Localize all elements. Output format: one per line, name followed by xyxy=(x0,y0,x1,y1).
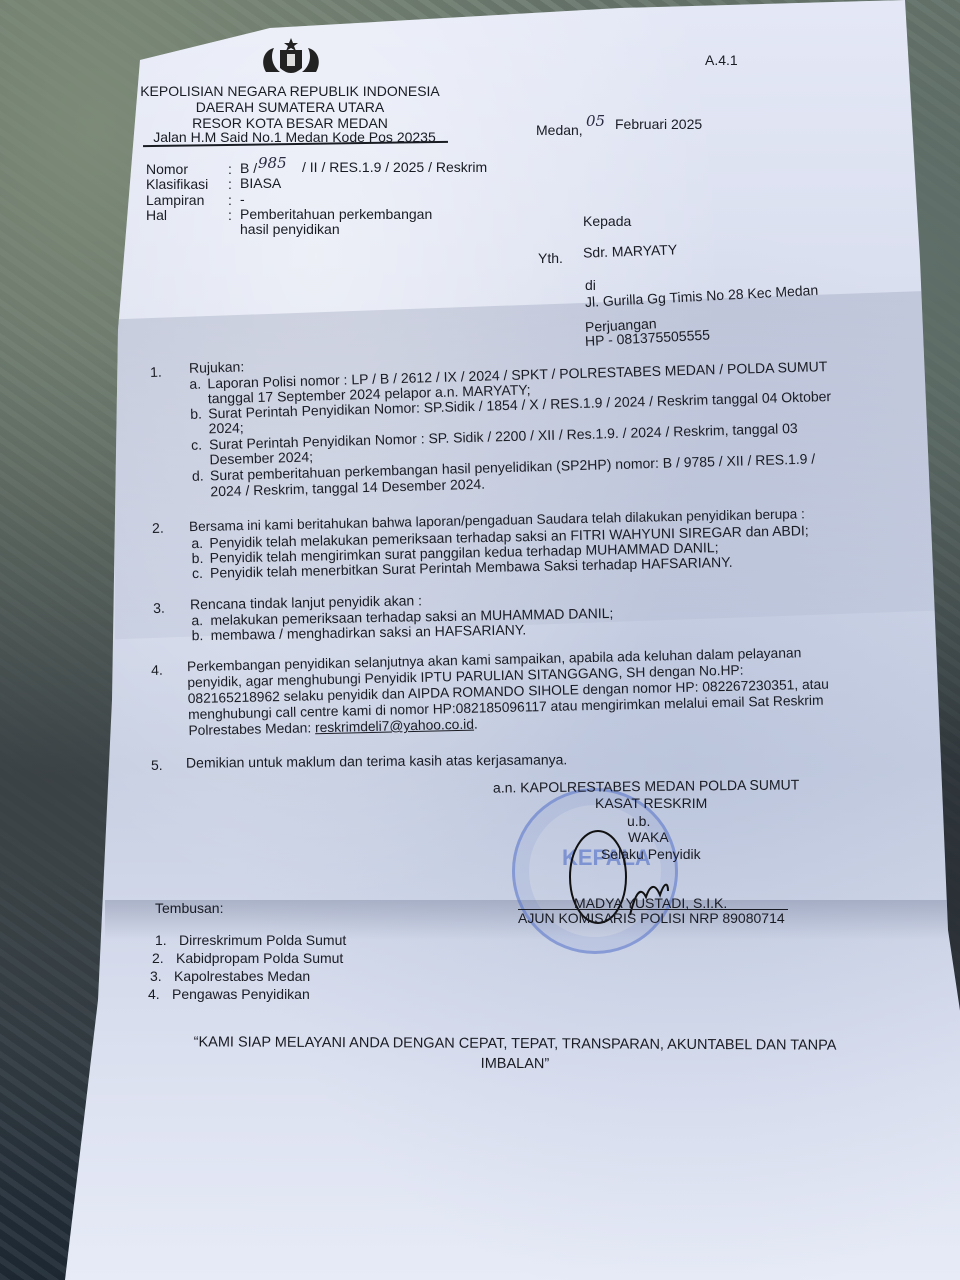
meta-label-lampiran: Lampiran xyxy=(146,192,236,208)
date-month-year: Februari 2025 xyxy=(615,116,702,132)
list-item-text: Pengawas Penyidikan xyxy=(172,986,310,1002)
meta-nomor-handwritten: 985 xyxy=(258,154,287,172)
email-suffix: . xyxy=(474,717,478,732)
motto-line-1: “KAMI SIAP MELAYANI ANDA DENGAN CEPAT, T… xyxy=(170,1032,860,1056)
meta-sep: : xyxy=(228,176,232,192)
header-line-2: DAERAH SUMATERA UTARA xyxy=(140,99,440,115)
recipient-di: di xyxy=(585,277,596,293)
header-line-1: KEPOLISIAN NEGARA REPUBLIK INDONESIA xyxy=(140,83,440,99)
recipient-name: Sdr. MARYATY xyxy=(583,241,678,260)
item-text: Surat Perintah Penyidikan Nomor : SP. Si… xyxy=(209,420,798,452)
signatory-rank: AJUN KOMISARIS POLISI NRP 89080714 xyxy=(518,910,785,926)
section-title: Rujukan: xyxy=(189,358,245,376)
meta-sep: : xyxy=(228,161,232,177)
motto: “KAMI SIAP MELAYANI ANDA DENGAN CEPAT, T… xyxy=(170,1032,860,1076)
signature-line-2: KASAT RESKRIM xyxy=(595,795,707,811)
meta-sep: : xyxy=(228,207,232,223)
meta-nomor-prefix: B / xyxy=(240,160,257,176)
meta-label-nomor: Nomor xyxy=(146,161,236,177)
list-item: 2.Kabidpropam Polda Sumut xyxy=(152,950,343,966)
list-item-number: 1. xyxy=(155,932,179,948)
signature-line-3: u.b. xyxy=(627,813,650,829)
recipient-kepada: Kepada xyxy=(583,213,631,229)
section-number: 4. xyxy=(151,662,163,678)
list-item-text: Kabidpropam Polda Sumut xyxy=(176,950,343,966)
recipient-address-line1: Jl. Gurilla Gg Timis No 28 Kec Medan xyxy=(585,282,819,310)
item-letter: c. xyxy=(192,565,203,581)
item-letter: a. xyxy=(191,535,203,551)
form-code: A.4.1 xyxy=(705,52,738,68)
section-number: 3. xyxy=(153,600,165,616)
list-item-number: 3. xyxy=(150,968,174,984)
list-item-number: 4. xyxy=(148,986,172,1002)
item-letter: a. xyxy=(189,376,201,392)
meta-hal-value: Pemberitahuan perkembangan xyxy=(240,206,432,222)
email-prefix: Polrestabes Medan: xyxy=(188,720,315,738)
signature-line-5: Selaku Penyidik xyxy=(601,846,701,862)
section-number: 1. xyxy=(150,364,162,380)
meta-hal-value-line2: hasil penyidikan xyxy=(240,221,340,237)
date-day-handwritten: 05 xyxy=(586,112,605,130)
list-item-number: 2. xyxy=(152,950,176,966)
item-letter: b. xyxy=(191,627,203,643)
item-letter: b. xyxy=(190,406,202,422)
item-letter: b. xyxy=(192,550,204,566)
recipient-yth: Yth. xyxy=(538,250,563,266)
item-letter: c. xyxy=(191,437,202,453)
meta-lampiran-value: - xyxy=(240,191,245,207)
motto-line-2: IMBALAN” xyxy=(170,1052,860,1076)
meta-label-hal: Hal xyxy=(146,207,236,223)
meta-nomor-suffix: / II / RES.1.9 / 2025 / Reskrim xyxy=(302,159,487,175)
letter-document: A.4.1 KEPOLISIAN NEGARA REPUBLIK INDONES… xyxy=(0,0,960,1280)
signature-line-1: a.n. KAPOLRESTABES MEDAN POLDA SUMUT xyxy=(493,776,799,795)
list-item-text: Dirreskrimum Polda Sumut xyxy=(179,932,346,948)
meta-klasifikasi-value: BIASA xyxy=(240,175,281,191)
date-place: Medan, xyxy=(536,122,583,138)
police-emblem-icon xyxy=(258,38,324,82)
list-item: 1.Dirreskrimum Polda Sumut xyxy=(155,932,346,948)
item-letter: d. xyxy=(192,468,204,484)
signature-line-4: WAKA xyxy=(628,829,669,845)
item-letter: a. xyxy=(191,612,203,628)
meta-sep: : xyxy=(228,192,232,208)
meta-label-klasifikasi: Klasifikasi xyxy=(146,176,236,192)
list-item: 4.Pengawas Penyidikan xyxy=(148,986,310,1002)
list-item-text: Kapolrestabes Medan xyxy=(174,968,310,984)
list-item: 3.Kapolrestabes Medan xyxy=(150,968,310,984)
item-text: 2024; xyxy=(208,419,243,436)
email-link[interactable]: reskrimdeli7@yahoo.co.id xyxy=(315,717,474,736)
tembusan-title: Tembusan: xyxy=(155,900,223,916)
closing-statement: Demikian untuk maklum dan terima kasih a… xyxy=(186,751,567,770)
section-number: 2. xyxy=(152,520,164,536)
section-number: 5. xyxy=(151,757,163,773)
